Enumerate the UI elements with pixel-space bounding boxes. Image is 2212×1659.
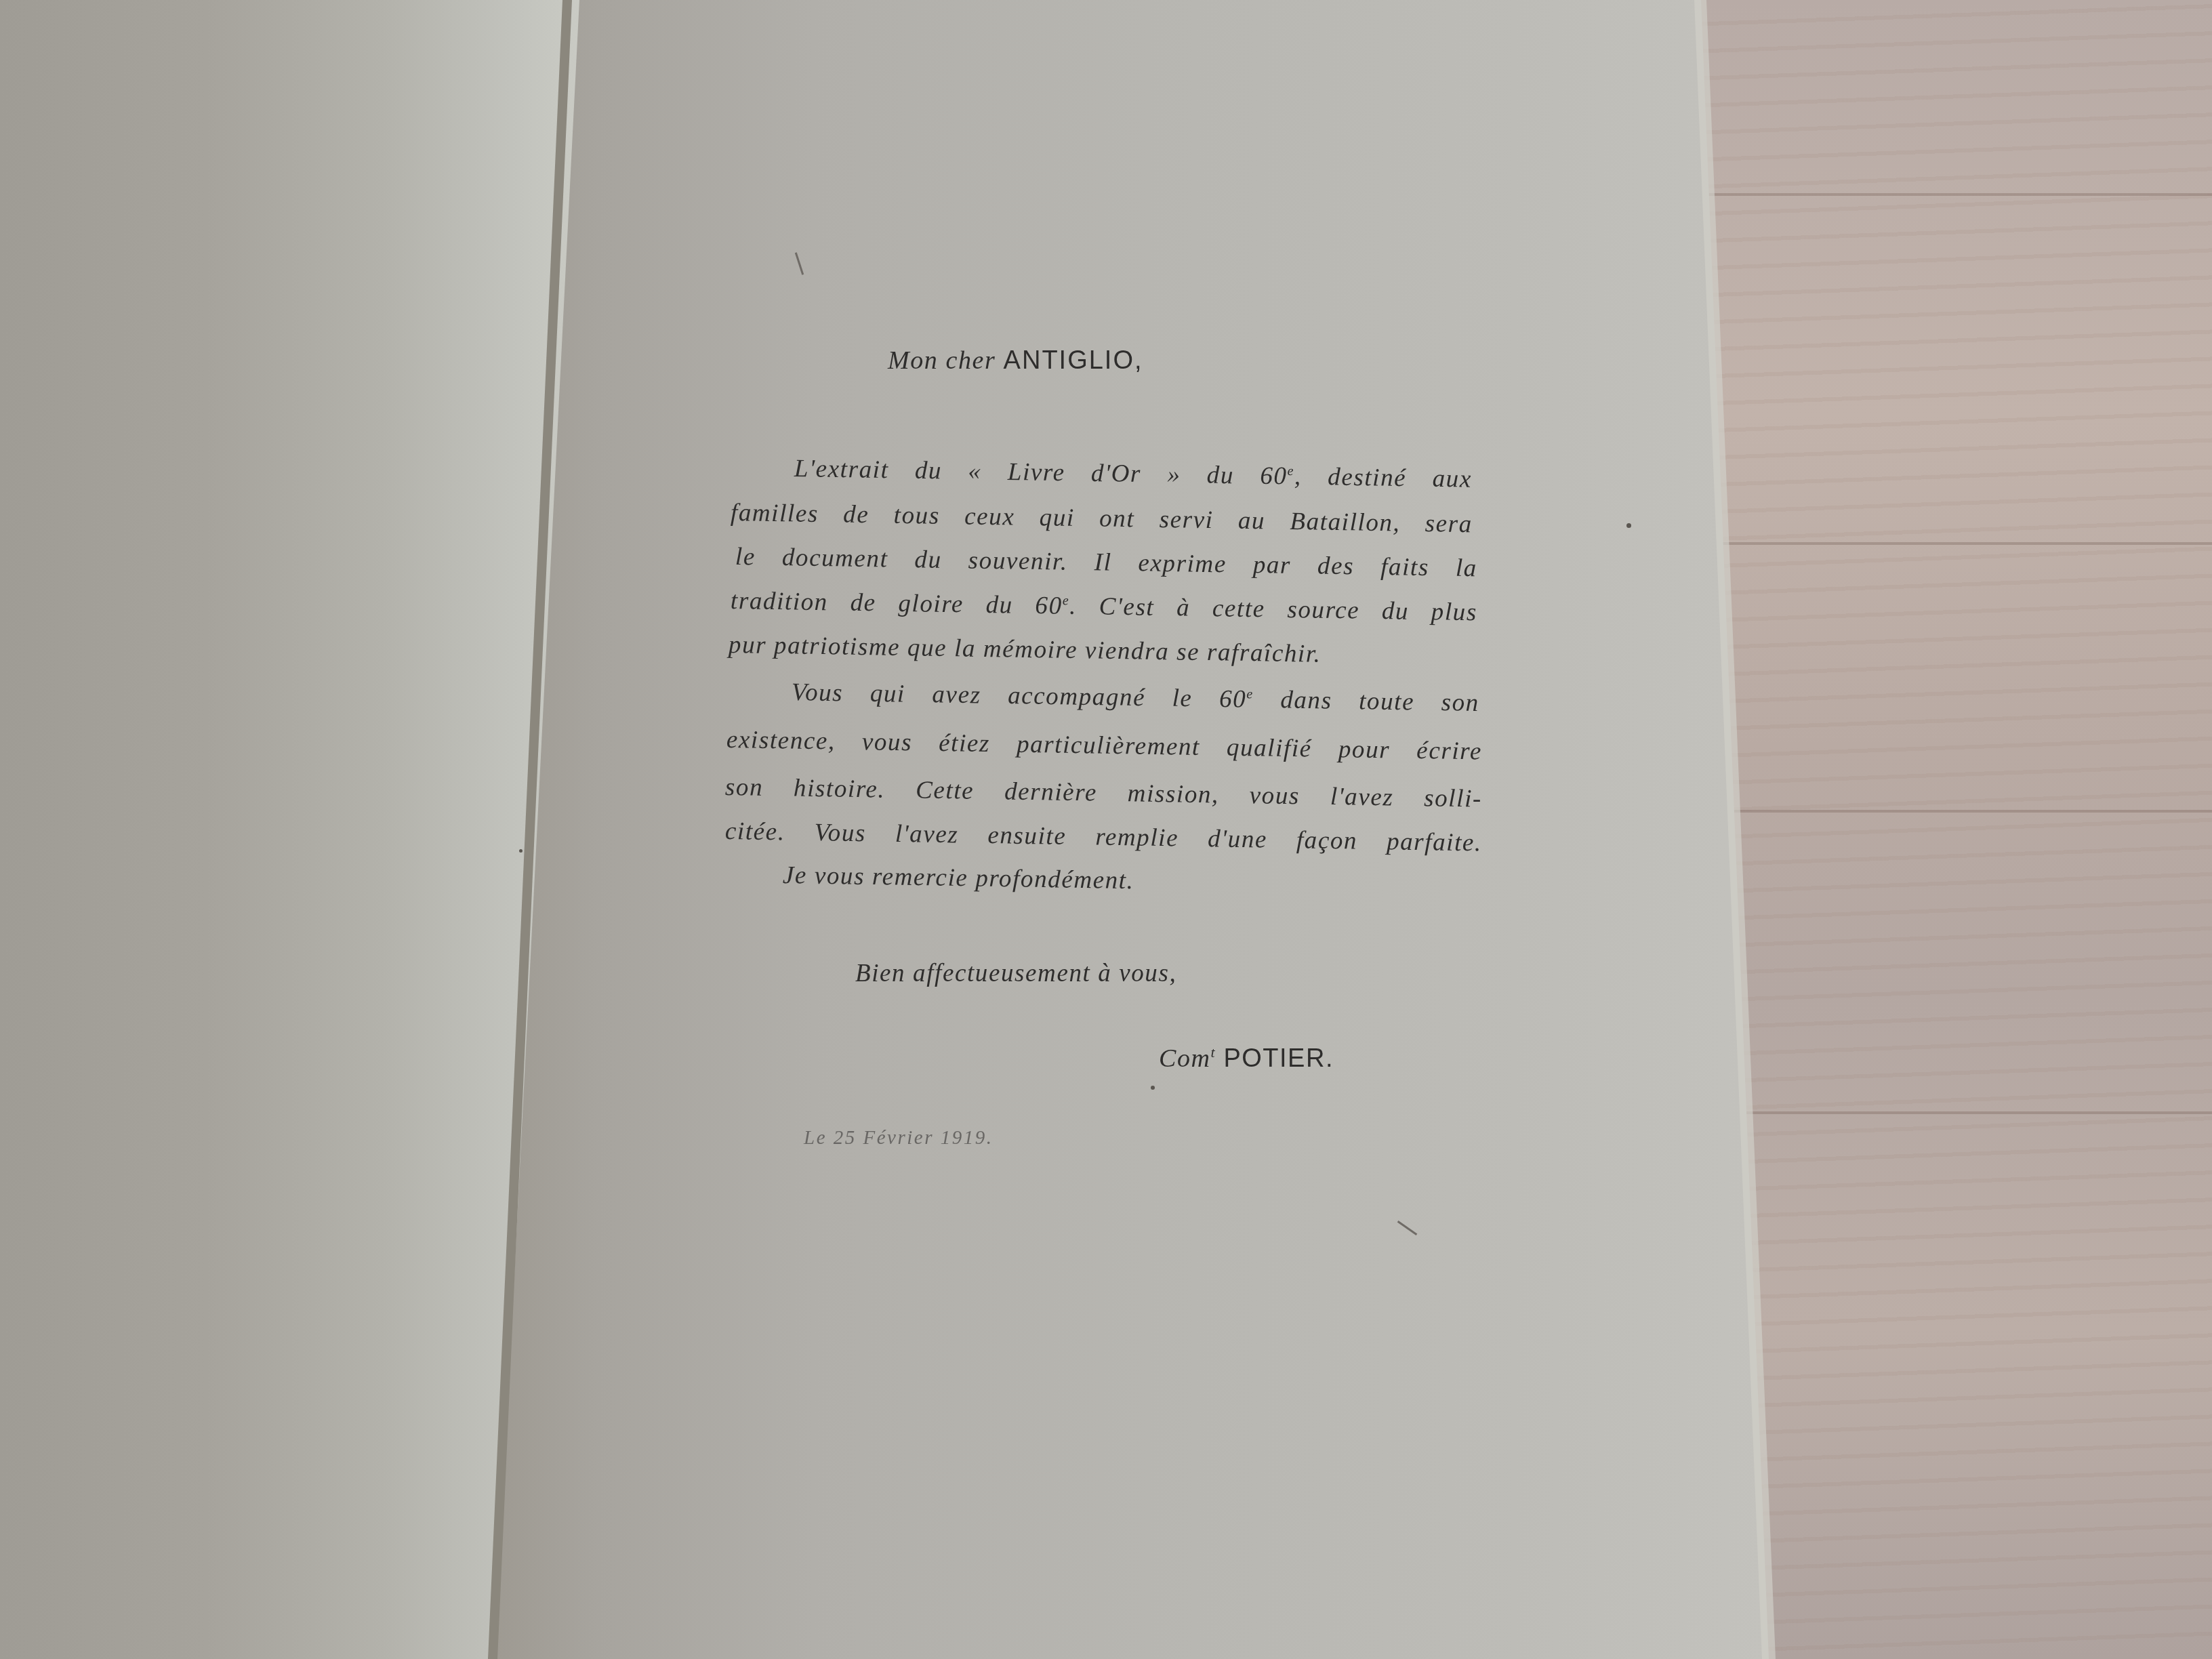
letter-date: Le 25 Février 1919.	[804, 1127, 993, 1149]
paragraph-1-line-4: tradition de gloire du 60e. C'est à cett…	[731, 586, 1478, 627]
paragraph-1-line-5: pur patriotisme que la mémoire viendra s…	[729, 630, 1322, 669]
signature: Comt POTIER.	[1159, 1044, 1334, 1073]
paragraph-1-line-2: familles de tous ceux qui ont servi au B…	[731, 498, 1473, 539]
closing-line: Bien affectueusement à vous,	[855, 959, 1176, 988]
paragraph-1-line-1: L'extrait du « Livre d'Or » du 60e, dest…	[794, 454, 1473, 494]
paragraph-2-line-3: son histoire. Cette dernière mission, vo…	[725, 773, 1483, 814]
paragraph-2-line-1: Vous qui avez accompagné le 60e dans tou…	[792, 678, 1480, 718]
signature-title-sup: t	[1211, 1044, 1216, 1061]
recipient-name: ANTIGLIO,	[1004, 346, 1143, 375]
paragraph-2-line-2: existence, vous étiez particulièrement q…	[726, 725, 1483, 766]
paper-speck	[1151, 1086, 1155, 1090]
paper-speck	[519, 849, 523, 853]
paragraph-3-line-1: Je vous remercie profondément.	[783, 861, 1134, 895]
signature-surname: POTIER.	[1223, 1044, 1334, 1073]
salutation: Mon cher ANTIGLIO,	[888, 346, 1143, 375]
paragraph-1-line-3: le document du souvenir. Il exprime par …	[735, 542, 1478, 583]
paper-speck	[1626, 523, 1631, 528]
salutation-prefix: Mon cher	[888, 346, 996, 375]
letter: Mon cher ANTIGLIO, L'extrait du « Livre …	[0, 0, 2212, 1659]
signature-title: Com	[1159, 1044, 1211, 1073]
paragraph-2-line-4: citée. Vous l'avez ensuite remplie d'une…	[725, 817, 1483, 858]
